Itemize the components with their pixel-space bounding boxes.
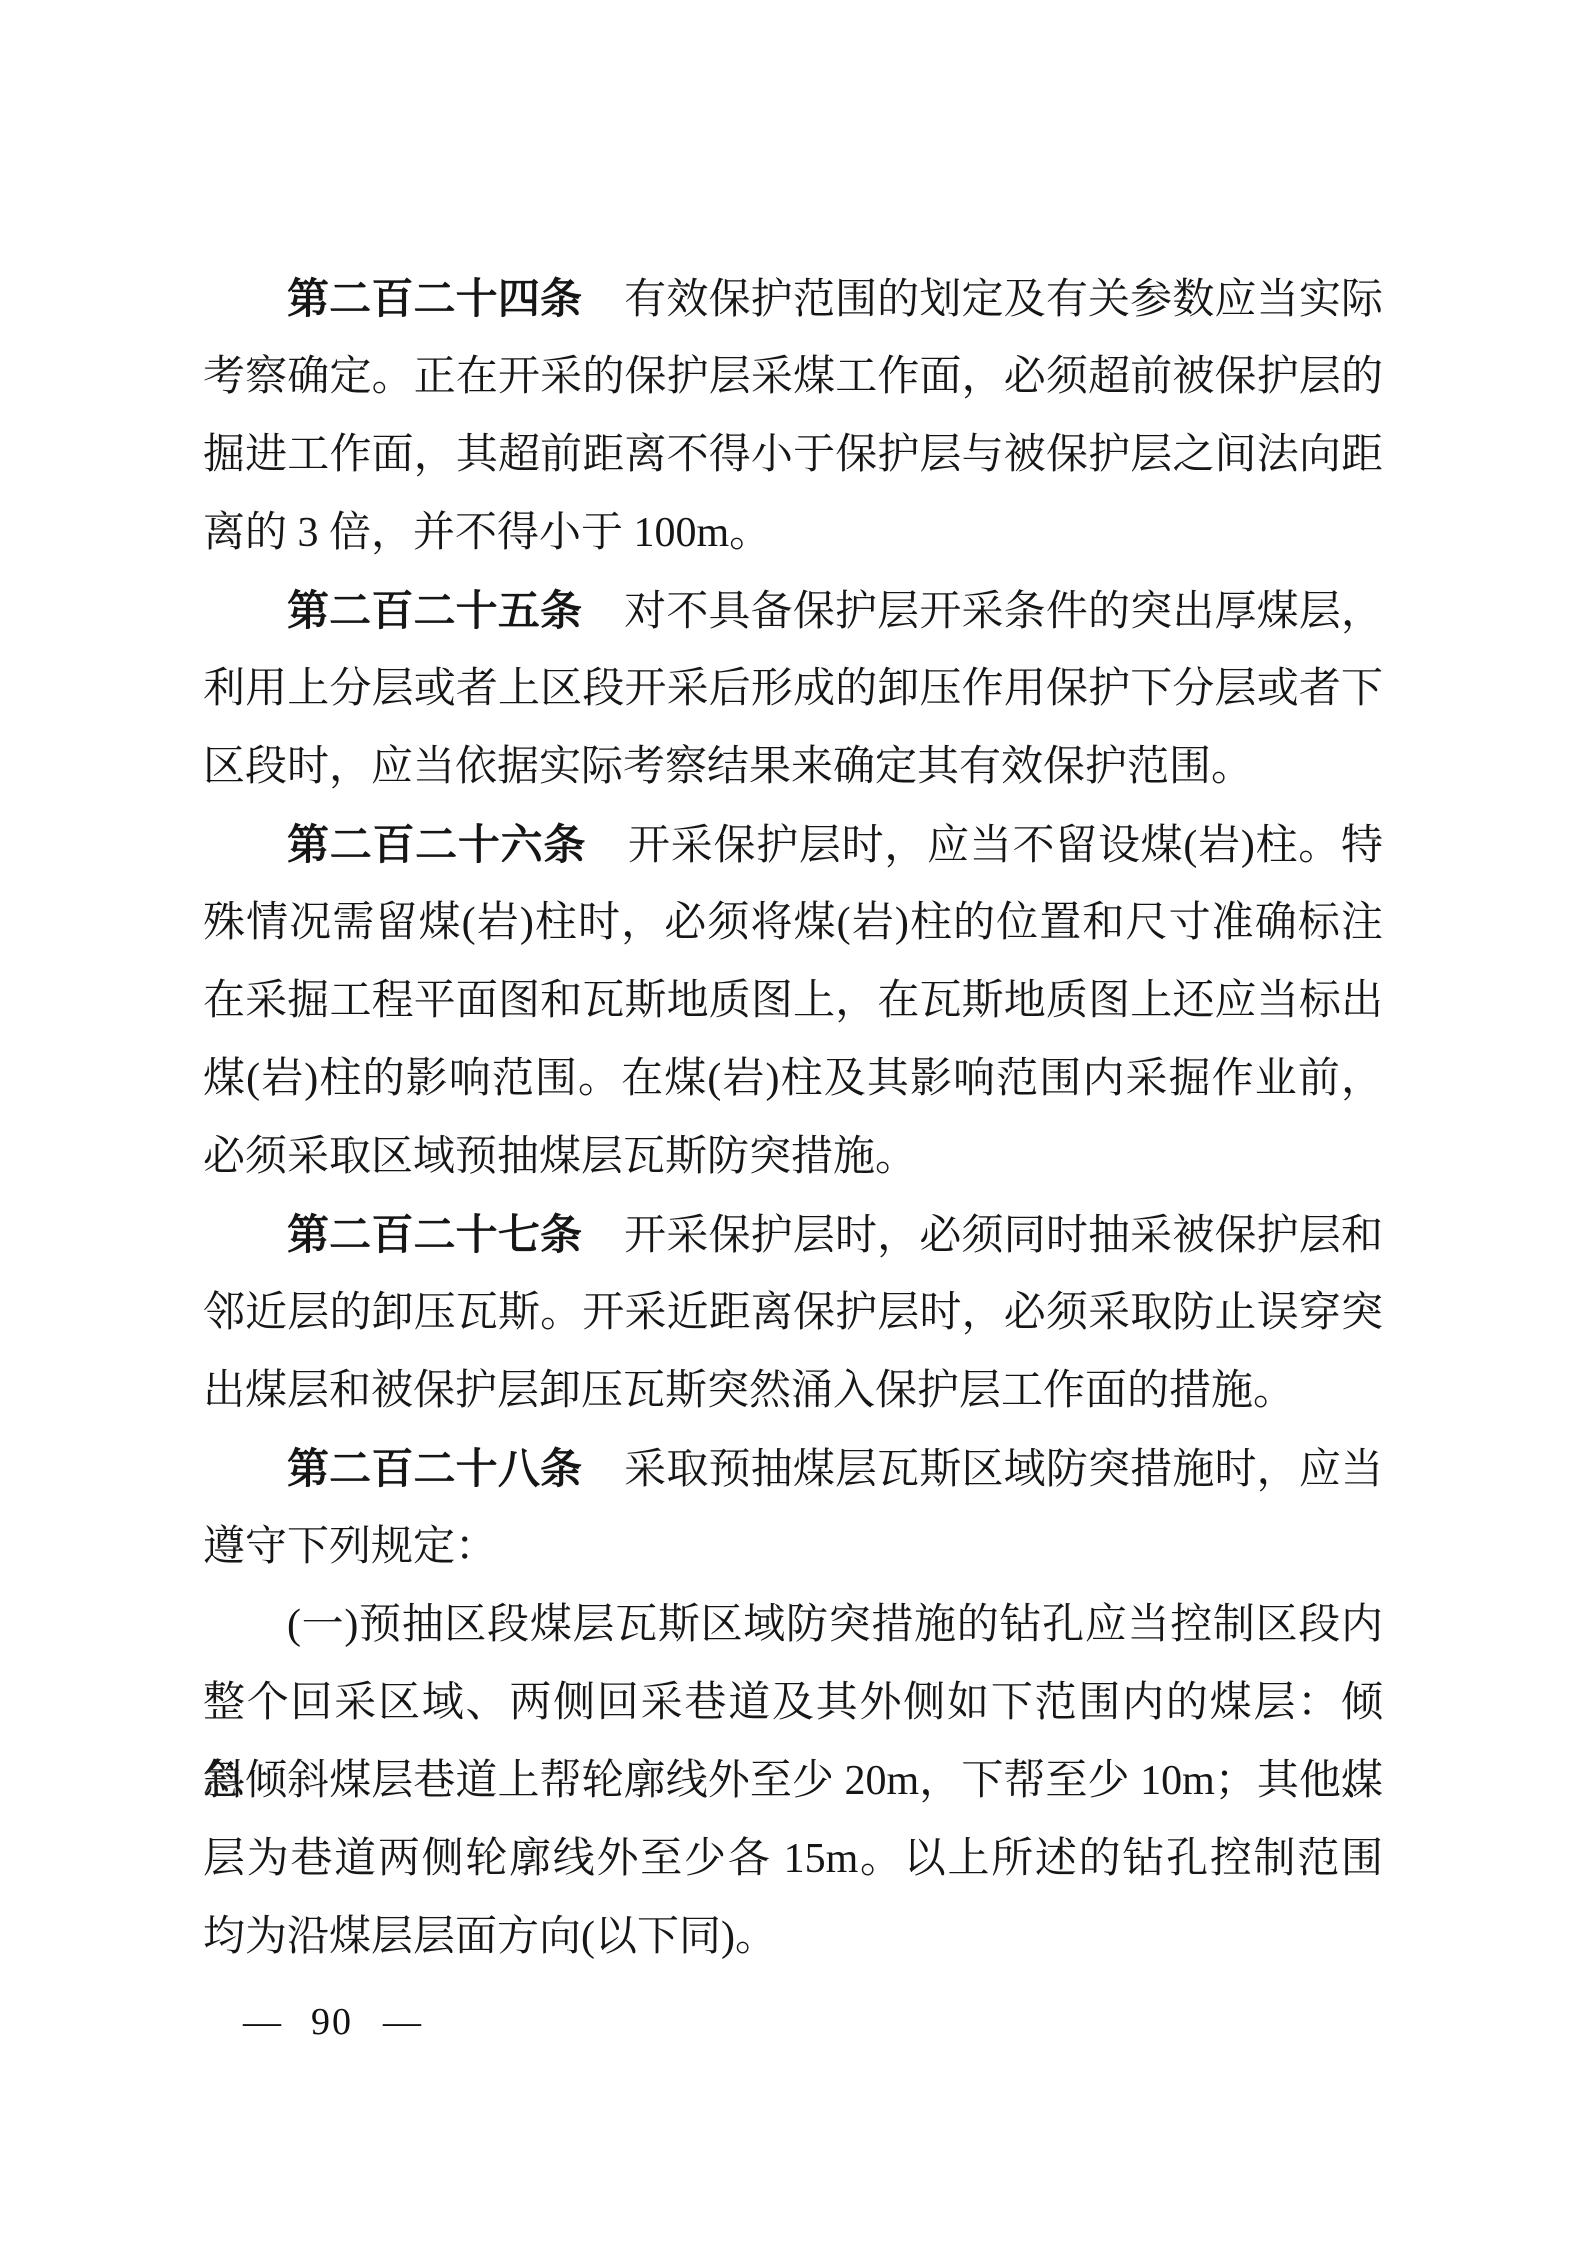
line-text: 开采保护层时，必须同时抽采被保护层和	[624, 1213, 1383, 1259]
text-line: 殊情况需留煤(岩)柱时，必须将煤(岩)柱的位置和尺寸准确标注	[203, 884, 1383, 962]
article-number-heading: 第二百二十七条	[287, 1211, 582, 1258]
text-line: 考察确定。正在开采的保护层采煤工作面，必须超前被保护层的	[203, 338, 1383, 416]
footer-dash-left: —	[243, 1998, 281, 2046]
paragraph-1: 第二百二十四条有效保护范围的划定及有关参数应当实际考察确定。正在开采的保护层采煤…	[203, 260, 1383, 572]
line-text: 有效保护范围的划定及有关参数应当实际	[624, 277, 1383, 323]
text-line: 掘进工作面，其超前距离不得小于保护层与被保护层之间法向距	[203, 416, 1383, 494]
document-page: 第二百二十四条有效保护范围的划定及有关参数应当实际考察确定。正在开采的保护层采煤…	[0, 0, 1587, 2245]
page-number: 90	[311, 1998, 353, 2046]
text-line: 煤(岩)柱的影响范围。在煤(岩)柱及其影响范围内采掘作业前，	[203, 1040, 1383, 1118]
page-footer: — 90 —	[243, 1998, 421, 2046]
text-line: 出煤层和被保护层卸压瓦斯突然涌入保护层工作面的措施。	[203, 1352, 1383, 1430]
text-line: 第二百二十四条有效保护范围的划定及有关参数应当实际	[203, 260, 1383, 338]
text-line: 急倾斜煤层巷道上帮轮廓线外至少 20m，下帮至少 10m；其他煤	[203, 1742, 1383, 1820]
text-line: 整个回采区域、两侧回采巷道及其外侧如下范围内的煤层：倾斜、	[203, 1664, 1383, 1742]
line-text: 对不具备保护层开采条件的突出厚煤层，	[624, 589, 1383, 635]
paragraph-2: 第二百二十五条对不具备保护层开采条件的突出厚煤层，利用上分层或者上区段开采后形成…	[203, 572, 1383, 806]
document-body: 第二百二十四条有效保护范围的划定及有关参数应当实际考察确定。正在开采的保护层采煤…	[203, 260, 1383, 1976]
text-line: 第二百二十七条开采保护层时，必须同时抽采被保护层和	[203, 1196, 1383, 1274]
text-line: 第二百二十六条开采保护层时，应当不留设煤(岩)柱。特	[203, 806, 1383, 884]
text-line: 均为沿煤层层面方向(以下同)。	[203, 1898, 1383, 1976]
text-line: 必须采取区域预抽煤层瓦斯防突措施。	[203, 1118, 1383, 1196]
text-line: 区段时，应当依据实际考察结果来确定其有效保护范围。	[203, 728, 1383, 806]
paragraph-5: 第二百二十八条采取预抽煤层瓦斯区域防突措施时，应当遵守下列规定：	[203, 1430, 1383, 1586]
text-line: 离的 3 倍，并不得小于 100m。	[203, 494, 1383, 572]
text-line: 第二百二十八条采取预抽煤层瓦斯区域防突措施时，应当	[203, 1430, 1383, 1508]
paragraph-4: 第二百二十七条开采保护层时，必须同时抽采被保护层和邻近层的卸压瓦斯。开采近距离保…	[203, 1196, 1383, 1430]
text-line: 邻近层的卸压瓦斯。开采近距离保护层时，必须采取防止误穿突	[203, 1274, 1383, 1352]
text-line: 第二百二十五条对不具备保护层开采条件的突出厚煤层，	[203, 572, 1383, 650]
text-line: 层为巷道两侧轮廓线外至少各 15m。以上所述的钻孔控制范围	[203, 1820, 1383, 1898]
paragraph-6: (一)预抽区段煤层瓦斯区域防突措施的钻孔应当控制区段内整个回采区域、两侧回采巷道…	[203, 1586, 1383, 1976]
text-line: (一)预抽区段煤层瓦斯区域防突措施的钻孔应当控制区段内	[203, 1586, 1383, 1664]
text-line: 利用上分层或者上区段开采后形成的卸压作用保护下分层或者下	[203, 650, 1383, 728]
footer-dash-right: —	[383, 1998, 421, 2046]
article-number-heading: 第二百二十四条	[287, 275, 582, 322]
article-number-heading: 第二百二十五条	[287, 587, 582, 634]
article-number-heading: 第二百二十六条	[287, 821, 586, 868]
article-number-heading: 第二百二十八条	[287, 1445, 582, 1492]
paragraph-3: 第二百二十六条开采保护层时，应当不留设煤(岩)柱。特殊情况需留煤(岩)柱时，必须…	[203, 806, 1383, 1196]
line-text: 开采保护层时，应当不留设煤(岩)柱。特	[628, 823, 1383, 869]
line-text: 采取预抽煤层瓦斯区域防突措施时，应当	[624, 1447, 1383, 1493]
text-line: 遵守下列规定：	[203, 1508, 1383, 1586]
text-line: 在采掘工程平面图和瓦斯地质图上，在瓦斯地质图上还应当标出	[203, 962, 1383, 1040]
